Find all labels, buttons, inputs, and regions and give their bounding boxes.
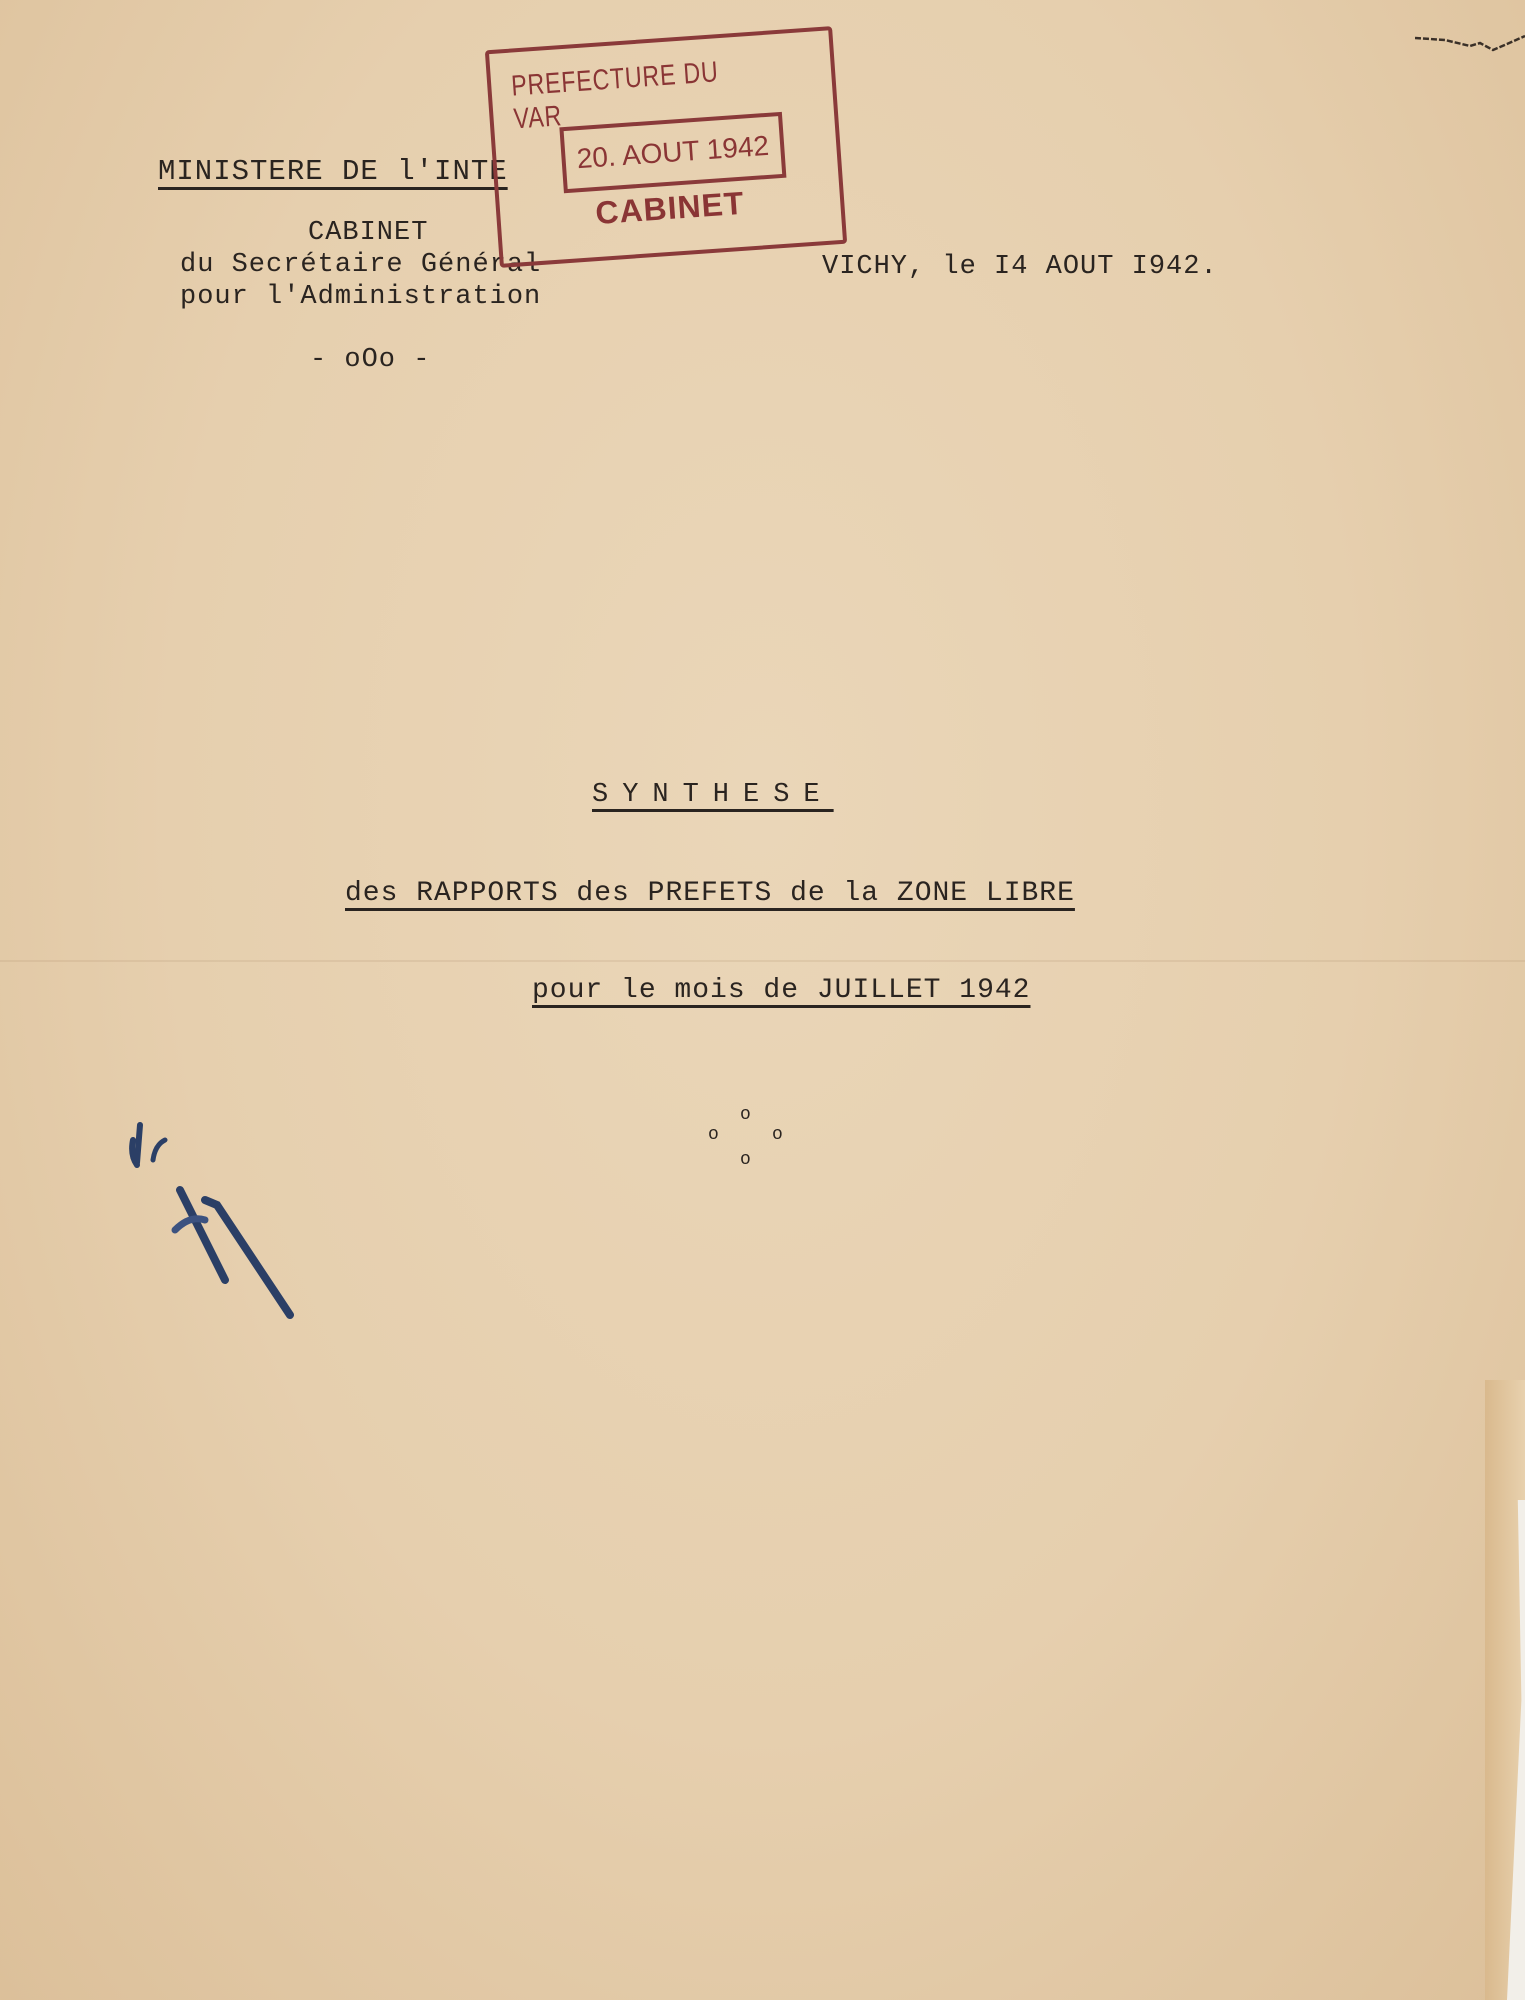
document-subtitle: des RAPPORTS des PREFETS de la ZONE LIBR… — [345, 878, 1075, 909]
dateline: VICHY, le I4 AOUT I942. — [822, 252, 1218, 282]
ornament-dot: o — [740, 1150, 751, 1170]
document-page: MINISTERE DE l'INTE CABINET du Secrétair… — [0, 0, 1525, 2000]
handwritten-annotation — [125, 1105, 345, 1335]
ornament-dots: o o o o — [700, 1105, 790, 1175]
administration-line: pour l'Administration — [180, 282, 541, 312]
secretary-general-line: du Secrétaire Général — [180, 250, 541, 280]
paper-crease-mark — [1415, 28, 1525, 53]
header-separator: - oOo - — [310, 345, 430, 375]
stamp-date: 20. AOUT 1942 — [559, 112, 786, 193]
document-title: SYNTHESE — [592, 780, 834, 810]
stamp-cabinet-text: CABINET — [594, 185, 745, 232]
ornament-dot: o — [740, 1105, 751, 1125]
prefecture-stamp: PREFECTURE DU VAR 20. AOUT 1942 CABINET — [485, 26, 847, 268]
ministry-heading: MINISTERE DE l'INTE — [158, 155, 508, 188]
document-period: pour le mois de JUILLET 1942 — [532, 975, 1030, 1006]
paper-fold-line — [0, 960, 1525, 962]
ornament-dot: o — [708, 1125, 719, 1145]
cabinet-label: CABINET — [308, 218, 428, 248]
ornament-dot: o — [772, 1125, 783, 1145]
